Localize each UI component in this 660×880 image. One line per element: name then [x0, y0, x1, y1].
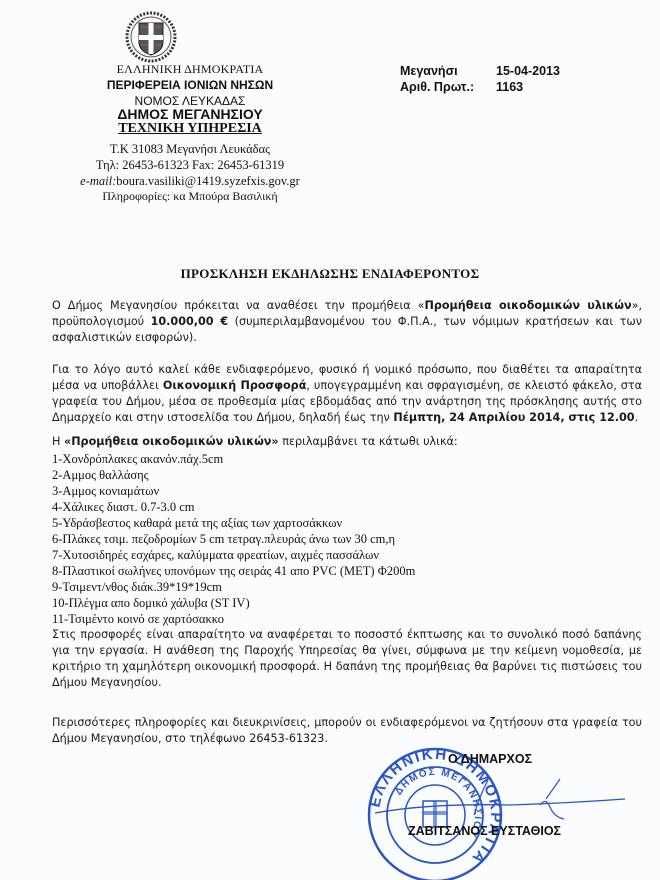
list-item: 2-Αμμος θαλλάσης [52, 467, 415, 483]
list-item: 3-Αμμος κονιαμάτων [52, 483, 415, 499]
deadline: Πέμπτη, 24 Απριλίου 2014, στις 12.00 [393, 411, 634, 424]
procurement-name: «Προμήθεια οικοδομικών υλικών» [64, 435, 279, 448]
text: περιλαμβάνει τα κάτωθι υλικά: [279, 435, 458, 448]
list-item: 9-Τσιμεντ/νθος διάκ.39*19*19cm [52, 579, 415, 595]
postal-address: Τ.Κ 31083 Μεγανήσι Λευκάδας [60, 142, 320, 157]
contact-info: Πληροφορίες: κα Μπούρα Βασιλική [60, 189, 320, 204]
list-item: 1-Χονδρόπλακες ακανόν.πάχ.5cm [52, 451, 415, 467]
country-name: ΕΛΛΗΝΙΚΗ ΔΗΜΟΚΡΑΤΙΑ [60, 62, 320, 77]
greek-coat-of-arms-icon [124, 10, 178, 64]
list-item: 10-Πλέγμα απο δομικό χάλυβα (ST IV) [52, 595, 415, 611]
municipality-name: ΔΗΜΟΣ ΜΕΓΑΝΗΣΙΟΥ [60, 106, 320, 122]
offer-type: Οικονομική Προσφορά [163, 379, 307, 392]
text: Η [52, 435, 64, 448]
list-item: 6-Πλάκες τσιμ. πεζοδρομίων 5 cm τετραγ.π… [52, 531, 415, 547]
email-address[interactable]: boura.vasiliki@1419.syzefxis.gov.gr [116, 174, 300, 188]
text: Ο Δήμος Μεγανησίου πρόκειται να αναθέσει… [52, 299, 425, 312]
list-item: 11-Τσιμέντο κοινό σε χαρτόσακκο [52, 611, 415, 627]
list-item: 5-Υδράσβεστος καθαρά μετά της αξίας των … [52, 515, 415, 531]
procurement-name: Προμήθεια οικοδομικών υλικών [425, 299, 632, 312]
paragraph-materials-intro: Η «Προμήθεια οικοδομικών υλικών» περιλαμ… [52, 434, 642, 450]
department-name: ΤΕΧΝΙΚΗ ΥΠΗΡΕΣΙΑ [60, 121, 320, 137]
list-item: 7-Χυτοσιδηρές εσχάρες, καλύμματα φρεατίω… [52, 547, 415, 563]
paragraph-award-criteria: Στις προσφορές είναι απαραίτητο να αναφέ… [52, 627, 642, 691]
paragraph-submission: Για το λόγο αυτό καλεί κάθε ενδιαφερόμεν… [52, 362, 642, 426]
list-item: 8-Πλαστικοί σωλήνες υπονόμων της σειράς … [52, 563, 415, 579]
document-date: 15-04-2013 [496, 64, 560, 78]
materials-list: 1-Χονδρόπλακες ακανόν.πάχ.5cm 2-Αμμος θα… [52, 451, 415, 627]
region-name: ΠΕΡΙΦΕΡΕΙΑ ΙΟΝΙΩΝ ΝΗΣΩΝ [60, 78, 320, 92]
place-label: Μεγανήσι [400, 64, 458, 78]
paragraph-intro: Ο Δήμος Μεγανησίου πρόκειται να αναθέσει… [52, 298, 642, 346]
budget-amount: 10.000,00 € [151, 315, 229, 328]
document-title: ΠΡΟΣΚΛΗΣΗ ΕΚΔΗΛΩΣΗΣ ΕΝΔΙΑΦΕΡΟΝΤΟΣ [0, 266, 660, 282]
text: . [635, 411, 639, 424]
list-item: 4-Χάλικες διαστ. 0.7-3.0 cm [52, 499, 415, 515]
signatory-name: ΖΑΒΙΤΣΑΝΟΣ ΕΥΣΤΑΘΙΟΣ [408, 824, 561, 838]
protocol-label: Αριθ. Πρωτ.: [400, 80, 474, 94]
email-label: e-mail: [80, 174, 116, 188]
document-page: ΕΛΛΗΝΙΚΗ ΔΗΜΟΚΡΑΤΙΑ ΠΕΡΙΦΕΡΕΙΑ ΙΟΝΙΩΝ ΝΗ… [0, 0, 660, 880]
handwritten-signature [370, 775, 630, 825]
email-line: e-mail:boura.vasiliki@1419.syzefxis.gov.… [60, 174, 320, 189]
phone-fax: Τηλ: 26453-61323 Fax: 26453-61319 [60, 158, 320, 173]
paragraph-contact: Περισσότερες πληροφορίες και διευκρινίσε… [52, 715, 642, 747]
signatory-title: Ο ΔΗΜΑΡΧΟΣ [448, 752, 532, 766]
protocol-number: 1163 [496, 80, 523, 94]
